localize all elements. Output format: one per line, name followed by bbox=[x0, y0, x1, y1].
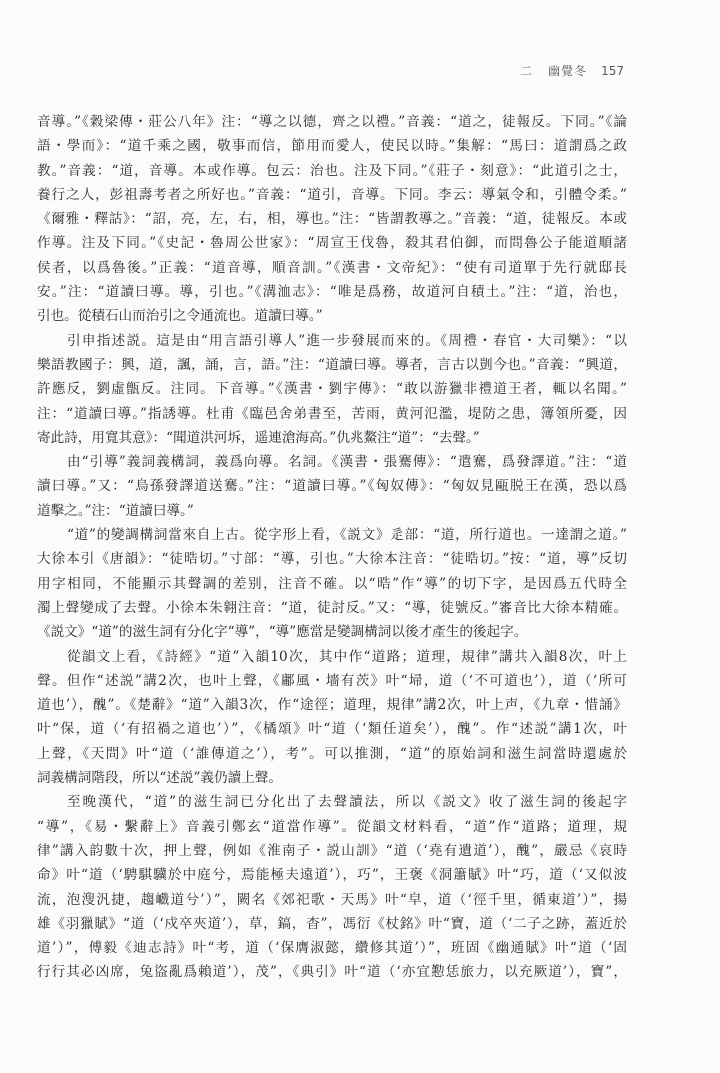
paragraph: 至晚漢代，“道”的滋生詞已分化出了去聲讀法，所以《説文》收了滋生詞的後起字 “導… bbox=[37, 790, 627, 984]
text-line: 聲。但作“述説”講2次，也叶上聲，《鄘風・墻有茨》叶“埽，道（‘不可道也’），道… bbox=[37, 669, 627, 693]
text-line: 道也’），醜”。《楚辭》“道”入韻3次，作“途徑；道理，規律”講2次，叶上声，《… bbox=[37, 693, 627, 717]
chapter-title: 幽覺冬 bbox=[548, 62, 587, 79]
paragraph: “道”的變調構詞當來自上古。從字形上看，《説文》辵部：“道，所行道也。一達謂之道… bbox=[37, 523, 627, 644]
text-line: “道”的變調構詞當來自上古。從字形上看，《説文》辵部：“道，所行道也。一達謂之道… bbox=[37, 523, 627, 547]
paragraph: 音導。”《穀梁傳・莊公八年》注：“導之以德，齊之以禮。”音義：“道之，徒報反。下… bbox=[37, 110, 627, 329]
text-line: 流，泡溲汎捷，趨巇道兮’）”，闕名《郊祀歌・天馬》叶“皁，道（‘徑千里，循東道’… bbox=[37, 888, 627, 912]
text-line: 寄此詩，用寬其意》：“聞道洪河坼，遥連滄海高。”仇兆鰲注“道”：“去聲。” bbox=[37, 426, 627, 450]
text-line: 命》叶“道（‘騁騏驥於中庭兮，焉能極夫遠道’），巧”，王褒《洞簫賦》叶“巧，道（… bbox=[37, 863, 627, 887]
text-line: 至晚漢代，“道”的滋生詞已分化出了去聲讀法，所以《説文》收了滋生詞的後起字 bbox=[37, 790, 627, 814]
text-line: 從韻文上看，《詩經》“道”入韻10次，其中作“道路；道理，規律”講共入韻8次，叶… bbox=[37, 645, 627, 669]
text-line: 引也。從積石山而治引之令通流也。道讀曰導。” bbox=[37, 304, 627, 328]
body-text: 音導。”《穀梁傳・莊公八年》注：“導之以德，齊之以禮。”音義：“道之，徒報反。下… bbox=[37, 110, 627, 985]
text-line: 上聲，《天問》叶“道（‘誰傳道之’），考”。可以推測，“道”的原始詞和滋生詞當時… bbox=[37, 742, 627, 766]
text-line: “導”，《易・繫辭上》音義引鄭玄“道當作導”。從韻文材料看，“道”作“道路；道理… bbox=[37, 815, 627, 839]
text-line: 詞義構詞階段，所以“述説”義仍讀上聲。 bbox=[37, 766, 627, 790]
text-line: 行行其必凶席，兔盜亂爲賴道’），茂”，《典引》叶“道（‘亦宜懃恁旅力，以充厥道’… bbox=[37, 960, 627, 984]
text-line: 許應反，劉虛甑反。注同。下音導。”《漢書・劉宇傳》：“敢以游獵非禮道王者，輒以名… bbox=[37, 377, 627, 401]
text-line: 叶“保，道（‘有招禍之道也’）”，《橘頌》叶“道（‘類任道矣’），醜”。作“述説… bbox=[37, 717, 627, 741]
text-line: 濁上聲變成了去聲。小徐本朱翱注音：“道，徒討反。”又：“導，徒號反。”審音比大徐… bbox=[37, 596, 627, 620]
text-line: 律”講入韵數十次，押上聲，例如《淮南子・説山訓》“道（‘堯有遺道’），醜”，嚴忌… bbox=[37, 839, 627, 863]
text-line: 雄《羽獵賦》“道（‘戍卒夾道’），草，鎬，杳”，馮衍《杖銘》叶“寶，道（‘二子之… bbox=[37, 912, 627, 936]
text-line: 由“引導”義詞義構詞，義爲向導。名詞。《漢書・張騫傳》：“遣騫，爲發譯道。”注：… bbox=[37, 450, 627, 474]
text-line: 語・學而》：“道千乘之國，敬事而信，節用而愛人，使民以時。”集解：“馬曰：道謂爲… bbox=[37, 134, 627, 158]
paragraph: 從韻文上看，《詩經》“道”入韻10次，其中作“道路；道理，規律”講共入韻8次，叶… bbox=[37, 645, 627, 791]
text-line: 大徐本引《唐韻》：“徒晧切。”寸部：“導，引也。”大徐本注音：“徒晧切。”按：“… bbox=[37, 547, 627, 571]
text-line: 注：“道讀曰導。”指誘導。杜甫《臨邑舍弟書至，苦雨，黄河氾濫，堤防之患，簿領所憂… bbox=[37, 402, 627, 426]
chapter-number: 二 bbox=[520, 62, 532, 79]
text-line: 樂語教國子：興，道，諷，誦，言，語。”注：“道讀曰導。導者，言古以剴今也。”音義… bbox=[37, 353, 627, 377]
text-line: 教。”音義：“道，音導。本或作導。包云：治也。注及下同。”《莊子・刻意》：“此道… bbox=[37, 159, 627, 183]
text-line: 侯者，以爲魯後。”正義：“道音導，順音訓。”《漢書・文帝紀》：“使有司道單于先行… bbox=[37, 256, 627, 280]
text-line: 引申指述説。這是由“用言語引導人”進一步發展而來的。《周禮・春官・大司樂》：“以 bbox=[37, 329, 627, 353]
text-line: 《爾雅・釋詁》：“詔，亮，左，右，相，導也。”注：“皆謂教導之。”音義：“道，徒… bbox=[37, 207, 627, 231]
text-line: 音導。”《穀梁傳・莊公八年》注：“導之以德，齊之以禮。”音義：“道之，徒報反。下… bbox=[37, 110, 627, 134]
text-line: 《説文》“道”的滋生詞有分化字“導”，“導”應當是變調構詞以後才產生的後起字。 bbox=[37, 620, 627, 644]
text-line: 養行之人，彭祖壽考者之所好也。”音義：“道引，音導。下同。李云：導氣令和，引體令… bbox=[37, 183, 627, 207]
text-line: 道’）”，傅毅《迪志詩》叶“考，道（‘保膺淑懿，纘修其道’）”，班固《幽通賦》叶… bbox=[37, 936, 627, 960]
text-line: 用字相同，不能顯示其聲調的差别，注音不確。以“晧”作“導”的切下字，是因爲五代時… bbox=[37, 572, 627, 596]
running-head: 二 幽覺冬 157 bbox=[520, 62, 624, 79]
text-line: 作導。注及下同。”《史記・魯周公世家》：“周宣王伐魯，殺其君伯御，而問魯公子能道… bbox=[37, 231, 627, 255]
paragraph: 由“引導”義詞義構詞，義爲向導。名詞。《漢書・張騫傳》：“遣騫，爲發譯道。”注：… bbox=[37, 450, 627, 523]
text-line: 安。”注：“道讀曰導。導，引也。”《溝洫志》：“唯是爲務，故道河自積土。”注：“… bbox=[37, 280, 627, 304]
page-number: 157 bbox=[601, 64, 624, 78]
paragraph: 引申指述説。這是由“用言語引導人”進一步發展而來的。《周禮・春官・大司樂》：“以… bbox=[37, 329, 627, 450]
text-line: 道擊之。”注：“道讀曰導。” bbox=[37, 499, 627, 523]
text-line: 讀曰導。”又：“烏孫發譯道送騫。”注：“道讀曰導。”《匈奴傳》：“匈奴見甌脱王在… bbox=[37, 474, 627, 498]
